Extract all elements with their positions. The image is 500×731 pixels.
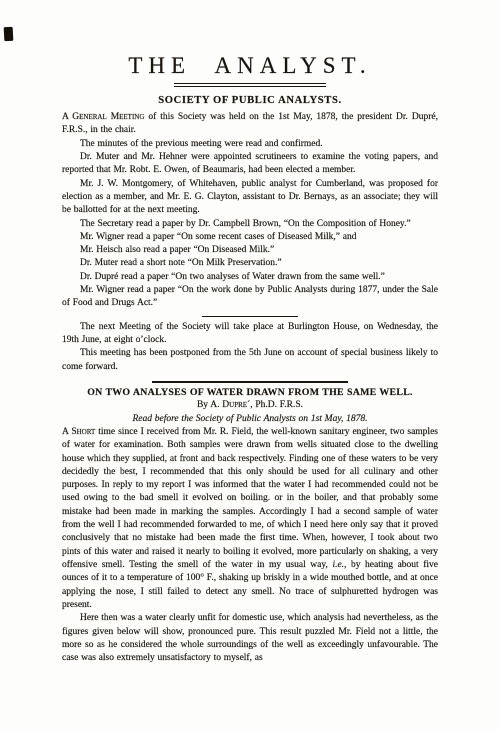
section-divider-thin-rule [202,316,298,317]
masthead-double-rule [174,83,326,87]
article-paragraph-opening: A Short time since I received from Mr. R… [62,426,438,612]
minutes-paragraph: Dr. Muter read a short note “On Milk Pre… [62,257,438,270]
minutes-paragraph: The Secretary read a paper by Dr. Campbe… [62,218,438,231]
notice-paragraph: This meeting has been postponed from the… [62,347,438,374]
minutes-paragraph: Dr. Dupré read a paper “On two analyses … [62,271,438,284]
article-p1-lead: A [62,427,71,437]
journal-masthead-title: THE ANALYST. [0,54,500,77]
article-read-before-line: Read before the Society of Public Analys… [62,413,438,426]
article-p1-smallcaps: Short [71,427,95,437]
minutes-p1-smallcaps: General Meeting [72,112,144,122]
ink-blot-artifact [4,27,14,41]
minutes-paragraph: Mr. Wigner read a paper “On the work don… [62,284,438,311]
article-divider-thick-rule [152,381,348,383]
article-p1-italic-ie: i.e., [332,560,346,570]
minutes-paragraph: Mr. Wigner read a paper “On some recent … [62,231,438,244]
scanned-journal-page: THE ANALYST. SOCIETY OF PUBLIC ANALYSTS.… [0,0,500,731]
text-column: A General Meeting of this Society was he… [62,111,438,666]
minutes-paragraph-opening: A General Meeting of this Society was he… [62,111,438,138]
byline-author-name: Dupre´ [222,400,250,410]
notice-paragraph: The next Meeting of the Society will tak… [62,321,438,348]
minutes-paragraph: Mr. J. W. Montgomery, of Whitehaven, pub… [62,178,438,218]
article-title: ON TWO ANALYSES OF WATER DRAWN FROM THE … [62,386,438,399]
minutes-paragraph: The minutes of the previous meeting were… [62,138,438,151]
article-paragraph: Here then was a water clearly unfit for … [62,612,438,665]
minutes-paragraph: Dr. Muter and Mr. Hehner were appointed … [62,151,438,178]
byline-suffix: , Ph.D. F.R.S. [250,400,303,410]
article-p1-text-a: time since I received from Mr. R. Field,… [62,427,438,570]
society-heading: SOCIETY OF PUBLIC ANALYSTS. [0,95,500,106]
minutes-paragraph: Mr. Heisch also read a paper “On Disease… [62,244,438,257]
byline-prefix: By A. [197,400,222,410]
minutes-p1-lead: A [62,112,72,122]
article-byline: By A. Dupre´, Ph.D. F.R.S. [62,399,438,412]
